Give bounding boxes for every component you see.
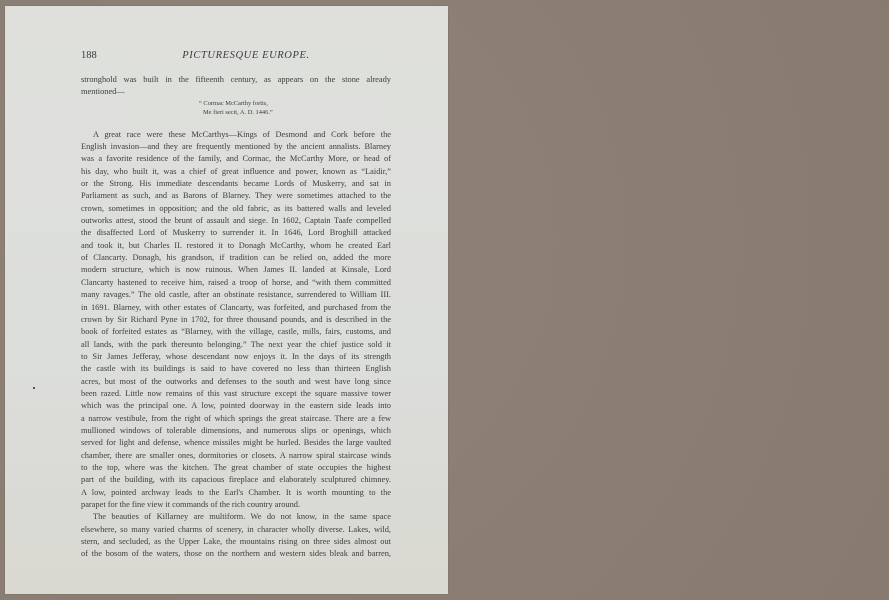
text-line: the disaffected Lord of Muskerry to surr… xyxy=(81,227,391,239)
text-line: of Clancarty. Donagh, his grandson, if t… xyxy=(81,252,391,264)
text-line: been razed. Little now remains of this v… xyxy=(81,388,391,400)
text-line: the castle with its buildings is said to… xyxy=(81,363,391,375)
text-line: crown by Sir Richard Pyne in 1702, for t… xyxy=(81,314,391,326)
text-line: which was the principal one. A low, poin… xyxy=(81,400,391,412)
paragraph-mccarthys: A great race were these McCarthys—Kings … xyxy=(81,129,391,512)
page-header: 188 PICTURESQUE EUROPE. xyxy=(81,50,391,64)
text-line: English invasion—and they are frequently… xyxy=(81,141,391,153)
text-line: A great race were these McCarthys—Kings … xyxy=(81,129,391,141)
text-line: book of forfeited estates as “Blarney, w… xyxy=(81,326,391,338)
text-line: or the Strong. His immediate descendants… xyxy=(81,178,391,190)
text-line: and took it, but Charles II. restored it… xyxy=(81,240,391,252)
text-line: to the top, where was the kitchen. The g… xyxy=(81,462,391,474)
book-page: 188 PICTURESQUE EUROPE. stronghold was b… xyxy=(5,6,448,594)
text-line: stronghold was built in the fifteenth ce… xyxy=(81,74,391,86)
text-line: outworks attest, stood the brunt of assa… xyxy=(81,215,391,227)
text-line: acres, but most of the outworks and defe… xyxy=(81,376,391,388)
text-line: mullioned windows of tolerable dimension… xyxy=(81,425,391,437)
text-line: A low, pointed archway leads to the Earl… xyxy=(81,487,391,499)
text-line: served for light and defense, whence mis… xyxy=(81,437,391,449)
text-line: elsewhere, so many varied charms of scen… xyxy=(81,524,391,536)
text-line: many ravages.” The old castle, after an … xyxy=(81,289,391,301)
quote-line: “ Cormac McCarthy fortis, xyxy=(199,99,391,108)
text-line: stern, and secluded, as the Upper Lake, … xyxy=(81,536,391,548)
text-line: his day, who built it, was a chief of gr… xyxy=(81,166,391,178)
text-line: chamber, there are smaller ones, dormito… xyxy=(81,450,391,462)
text-line: crown, sometimes in opposition; and the … xyxy=(81,203,391,215)
quote-line: Me fieri secit, A. D. 1446.” xyxy=(199,108,391,117)
running-title: PICTURESQUE EUROPE. xyxy=(81,50,391,61)
paper-speck xyxy=(33,387,35,389)
text-line: modern structure, which is now ruinous. … xyxy=(81,264,391,276)
text-line: of the bosom of the waters, those on the… xyxy=(81,548,391,560)
text-line: parapet for the fine view it commands of… xyxy=(81,499,391,511)
paragraph-killarney: The beauties of Killarney are multiform.… xyxy=(81,511,391,560)
text-line: all lands, with the park thereunto belon… xyxy=(81,339,391,351)
text-line: was a favorite residence of the family, … xyxy=(81,153,391,165)
text-line: The beauties of Killarney are multiform.… xyxy=(81,511,391,523)
text-line: Parliament as such, and as Barons of Bla… xyxy=(81,190,391,202)
inscription-quote: “ Cormac McCarthy fortis, Me fieri secit… xyxy=(81,99,391,117)
text-line: a narrow vestibule, from the right of wh… xyxy=(81,413,391,425)
text-line: in 1691. Blarney, with other estates of … xyxy=(81,302,391,314)
text-line: part of the building, with its capacious… xyxy=(81,474,391,486)
text-line: mentioned— xyxy=(81,86,391,98)
body-text: stronghold was built in the fifteenth ce… xyxy=(81,74,391,561)
text-line: to Sir James Jefferay, whose descendant … xyxy=(81,351,391,363)
text-line: Clancarty hastened to receive him, raise… xyxy=(81,277,391,289)
